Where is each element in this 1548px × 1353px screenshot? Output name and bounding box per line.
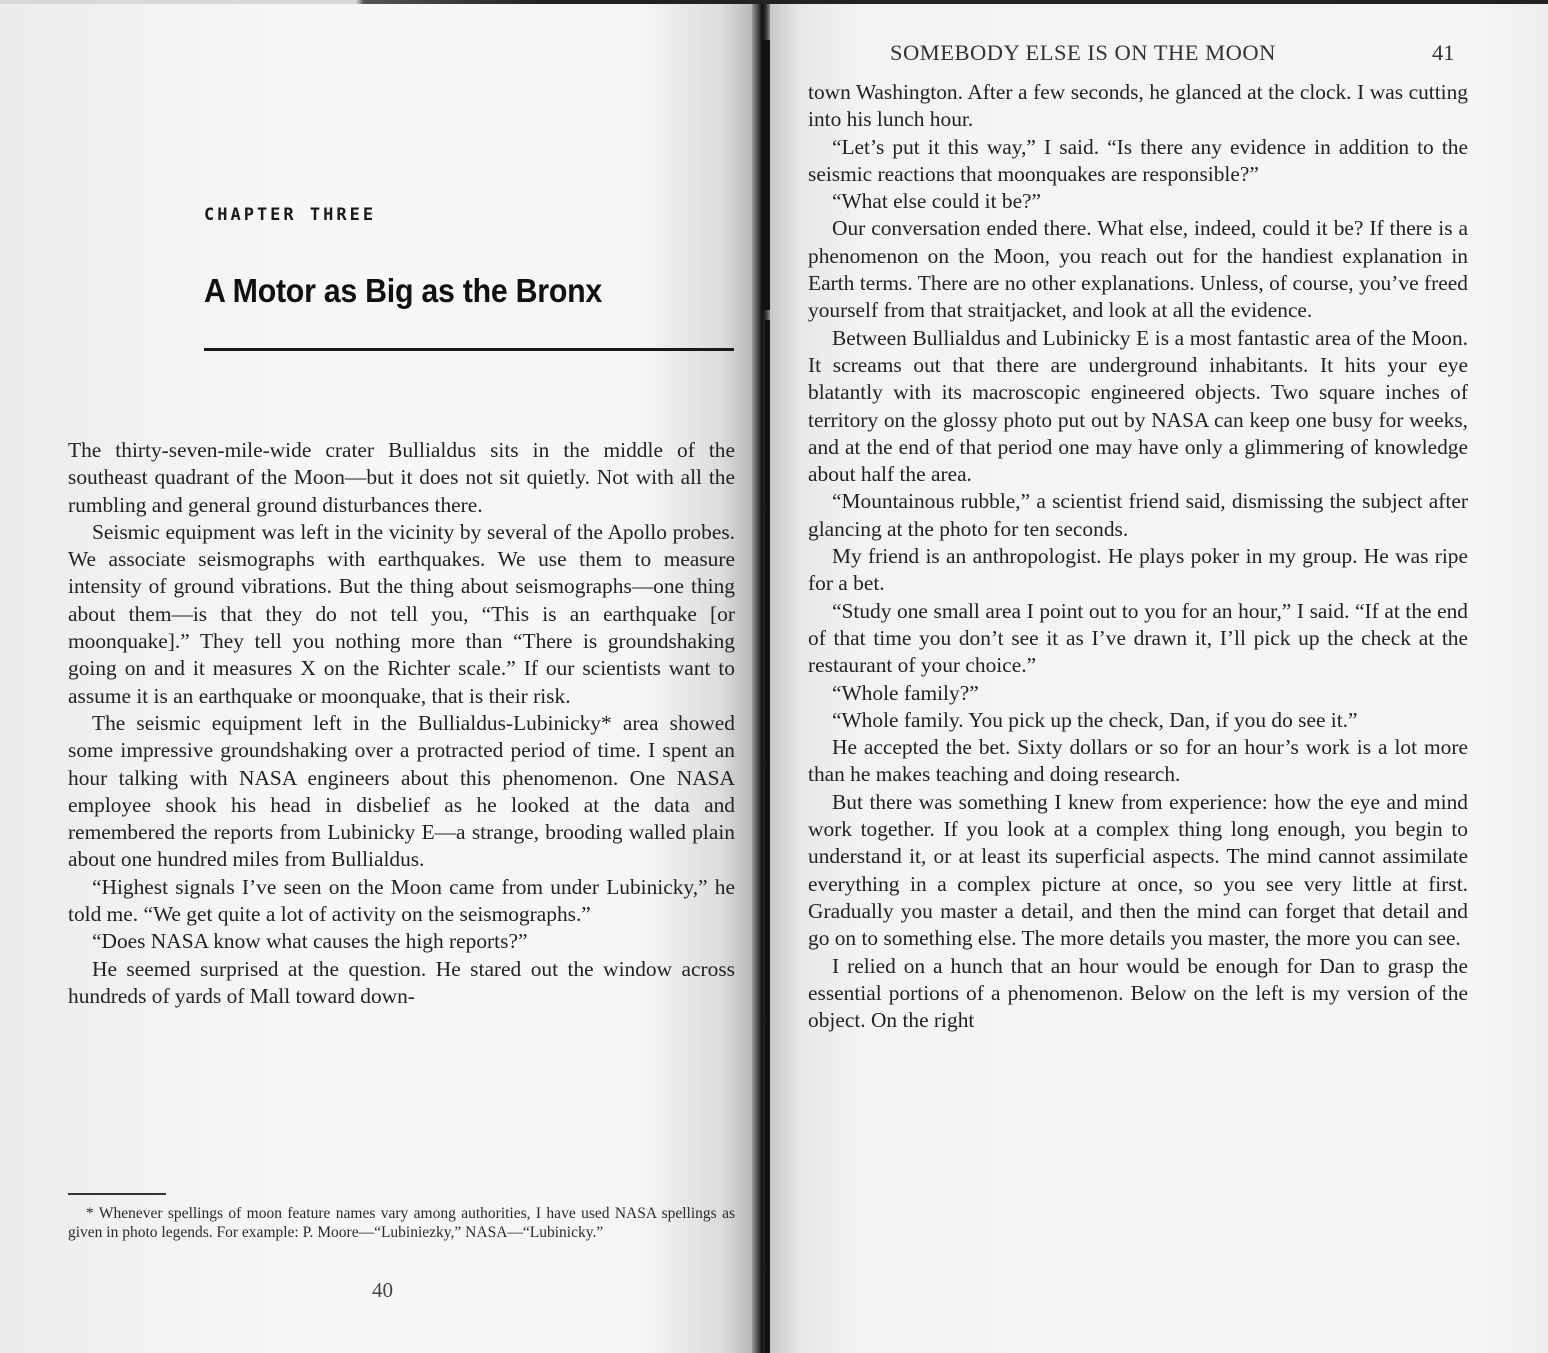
right-page: SOMEBODY ELSE IS ON THE MOON 41 town Was… [770,0,1548,1353]
left-page-body: The thirty-seven-mile-wide crater Bullia… [68,437,735,1010]
paragraph: I relied on a hunch that an hour would b… [808,953,1468,1035]
paragraph: “Highest signals I’ve seen on the Moon c… [68,874,735,929]
paragraph: town Washington. After a few seconds, he… [808,79,1468,134]
paragraph: “What else could it be?” [808,188,1468,215]
title-rule [204,348,734,351]
paragraph: “Does NASA know what causes the high rep… [68,928,735,955]
paragraph: “Let’s put it this way,” I said. “Is the… [808,134,1468,189]
paragraph: But there was something I knew from expe… [808,789,1468,953]
footnote: * Whenever spellings of moon feature nam… [68,1204,735,1242]
page-top-edge [0,0,1548,4]
paragraph: The seismic equipment left in the Bullia… [68,710,735,874]
paragraph: “Mountainous rubble,” a scientist friend… [808,488,1468,543]
paragraph: Our conversation ended there. What else,… [808,215,1468,324]
paragraph: He seemed surprised at the question. He … [68,956,735,1011]
paragraph: The thirty-seven-mile-wide crater Bullia… [68,437,735,519]
paragraph: “Whole family?” [808,680,1468,707]
chapter-label: CHAPTER THREE [204,205,376,225]
paragraph: My friend is an anthropologist. He plays… [808,543,1468,598]
paragraph: Seismic equipment was left in the vicini… [68,519,735,710]
running-head: SOMEBODY ELSE IS ON THE MOON [890,40,1276,66]
page-number-left: 40 [372,1278,393,1303]
paragraph: Between Bullialdus and Lubinicky E is a … [808,325,1468,489]
paragraph: He accepted the bet. Sixty dollars or so… [808,734,1468,789]
left-page: CHAPTER THREE A Motor as Big as the Bron… [0,0,752,1353]
footnote-rule [68,1193,166,1195]
paragraph: “Whole family. You pick up the check, Da… [808,707,1468,734]
chapter-title: A Motor as Big as the Bronx [204,272,602,310]
gutter-shadow [762,40,770,310]
book-spread: CHAPTER THREE A Motor as Big as the Bron… [0,0,1548,1353]
page-number-right: 41 [1432,40,1455,66]
footnote-text: * Whenever spellings of moon feature nam… [68,1204,735,1242]
paragraph: “Study one small area I point out to you… [808,598,1468,680]
right-page-body: town Washington. After a few seconds, he… [808,79,1468,1034]
